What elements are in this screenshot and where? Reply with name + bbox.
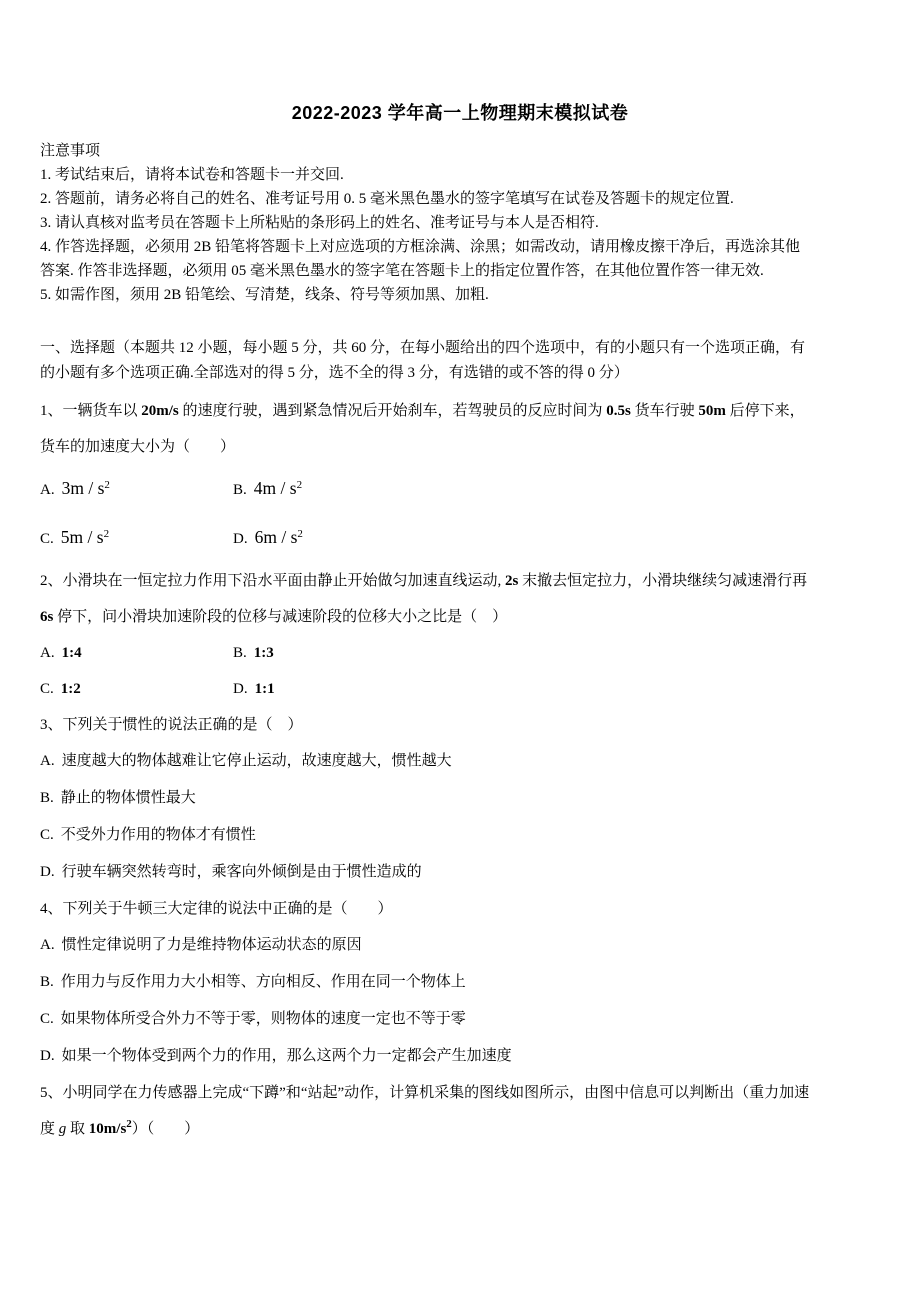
question-1-option-a: A.3m / s2 [40, 465, 233, 514]
question-1-option-c: C.5m / s2 [40, 514, 233, 563]
question-4-option-c: C.如果物体所受合外力不等于零，则物体的速度一定也不等于零 [40, 1001, 880, 1038]
question-3-option-b: B.静止的物体惯性最大 [40, 780, 880, 817]
question-2-options: A.1:4 B.1:3 C.1:2 D.1:1 [40, 635, 880, 707]
question-4: 4、下列关于牛顿三大定律的说法中正确的是（ ） A.惯性定律说明了力是维持物体运… [40, 891, 880, 1075]
option-text: 1:3 [254, 645, 274, 661]
exam-document-page: 2022-2023 学年高一上物理期末模拟试卷 注意事项 1. 考试结束后，请将… [0, 0, 920, 1302]
option-text: 如果一个物体受到两个力的作用，那么这两个力一定都会产生加速度 [62, 1048, 512, 1064]
option-text: 1:2 [61, 681, 81, 697]
question-3: 3、下列关于惯性的说法正确的是（ ） A.速度越大的物体越难让它停止运动，故速度… [40, 707, 880, 891]
option-text: 1:4 [62, 645, 82, 661]
notice-heading: 注意事项 [40, 139, 880, 163]
option-label: C. [40, 681, 54, 697]
option-text: 速度越大的物体越难让它停止运动，故速度越大，惯性越大 [62, 753, 452, 769]
question-2-option-d: D.1:1 [233, 671, 880, 707]
option-label: D. [233, 531, 248, 547]
option-label: B. [233, 645, 247, 661]
question-3-option-c: C.不受外力作用的物体才有惯性 [40, 817, 880, 854]
option-text: 1:1 [255, 681, 275, 697]
question-2-option-b: B.1:3 [233, 635, 880, 671]
option-label: A. [40, 753, 55, 769]
notice-line-6: 5. 如需作图，须用 2B 铅笔绘、写清楚，线条、符号等须加黑、加粗. [40, 283, 880, 307]
question-1-options: A.3m / s2 B.4m / s2 C.5m / s2 D.6m / s2 [40, 465, 880, 563]
question-4-option-d: D.如果一个物体受到两个力的作用，那么这两个力一定都会产生加速度 [40, 1038, 880, 1075]
option-label: C. [40, 531, 54, 547]
option-text: 如果物体所受合外力不等于零，则物体的速度一定也不等于零 [61, 1011, 466, 1027]
question-2-line-1: 2、小滑块在一恒定拉力作用下沿水平面由静止开始做匀加速直线运动, 2s 末撤去恒… [40, 563, 880, 599]
option-label: A. [40, 937, 55, 953]
notice-line-4: 4. 作答选择题，必须用 2B 铅笔将答题卡上对应选项的方框涂满、涂黑；如需改动… [40, 235, 880, 259]
question-1-option-b: B.4m / s2 [233, 465, 880, 514]
option-label: D. [40, 1048, 55, 1064]
option-text: 行驶车辆突然转弯时，乘客向外倾倒是由于惯性造成的 [62, 864, 422, 880]
notice-line-5: 答案. 作答非选择题，必须用 05 毫米黑色墨水的签字笔在答题卡上的指定位置作答… [40, 259, 880, 283]
question-1-line-2: 货车的加速度大小为（ ） [40, 429, 880, 465]
question-1: 1、一辆货车以 20m/s 的速度行驶，遇到紧急情况后开始刹车，若驾驶员的反应时… [40, 393, 880, 563]
option-label: A. [40, 482, 55, 498]
section-heading: 一、选择题（本题共 12 小题，每小题 5 分，共 60 分，在每小题给出的四个… [40, 336, 880, 386]
question-4-line-1: 4、下列关于牛顿三大定律的说法中正确的是（ ） [40, 891, 880, 927]
questions-list: 1、一辆货车以 20m/s 的速度行驶，遇到紧急情况后开始刹车，若驾驶员的反应时… [40, 393, 880, 1147]
notice-line-3: 3. 请认真核对监考员在答题卡上所粘贴的条形码上的姓名、准考证号与本人是否相符. [40, 211, 880, 235]
option-label: D. [40, 864, 55, 880]
question-1-line-1: 1、一辆货车以 20m/s 的速度行驶，遇到紧急情况后开始刹车，若驾驶员的反应时… [40, 393, 880, 429]
question-2: 2、小滑块在一恒定拉力作用下沿水平面由静止开始做匀加速直线运动, 2s 末撤去恒… [40, 563, 880, 707]
notice-line-1: 1. 考试结束后，请将本试卷和答题卡一并交回. [40, 163, 880, 187]
question-4-option-b: B.作用力与反作用力大小相等、方向相反、作用在同一个物体上 [40, 964, 880, 1001]
notice-line-2: 2. 答题前，请务必将自己的姓名、准考证号用 0. 5 毫米黑色墨水的签字笔填写… [40, 187, 880, 211]
notice-section: 注意事项 1. 考试结束后，请将本试卷和答题卡一并交回. 2. 答题前，请务必将… [40, 139, 880, 307]
question-5-line-2: 度 g 取 10m/s2）（ ） [40, 1111, 880, 1147]
option-text: 6m / s2 [255, 531, 303, 547]
question-5-line-1: 5、小明同学在力传感器上完成“下蹲”和“站起”动作，计算机采集的图线如图所示，由… [40, 1075, 880, 1111]
section-heading-line-2: 的小题有多个选项正确.全部选对的得 5 分，选不全的得 3 分，有选错的或不答的… [40, 361, 880, 386]
question-3-options: A.速度越大的物体越难让它停止运动，故速度越大，惯性越大 B.静止的物体惯性最大… [40, 743, 880, 891]
option-label: B. [233, 482, 247, 498]
option-text: 4m / s2 [254, 482, 302, 498]
question-2-line-2: 6s 停下，问小滑块加速阶段的位移与减速阶段的位移大小之比是（ ） [40, 599, 880, 635]
option-text: 5m / s2 [61, 531, 109, 547]
question-3-line-1: 3、下列关于惯性的说法正确的是（ ） [40, 707, 880, 743]
question-4-option-a: A.惯性定律说明了力是维持物体运动状态的原因 [40, 927, 880, 964]
option-label: C. [40, 827, 54, 843]
question-2-option-a: A.1:4 [40, 635, 233, 671]
question-2-option-c: C.1:2 [40, 671, 233, 707]
option-label: C. [40, 1011, 54, 1027]
question-1-option-d: D.6m / s2 [233, 514, 880, 563]
option-label: D. [233, 681, 248, 697]
option-text: 不受外力作用的物体才有惯性 [61, 827, 256, 843]
section-heading-line-1: 一、选择题（本题共 12 小题，每小题 5 分，共 60 分，在每小题给出的四个… [40, 336, 880, 361]
option-label: A. [40, 645, 55, 661]
question-4-options: A.惯性定律说明了力是维持物体运动状态的原因 B.作用力与反作用力大小相等、方向… [40, 927, 880, 1075]
question-3-option-a: A.速度越大的物体越难让它停止运动，故速度越大，惯性越大 [40, 743, 880, 780]
option-text: 惯性定律说明了力是维持物体运动状态的原因 [62, 937, 362, 953]
page-title: 2022-2023 学年高一上物理期末模拟试卷 [40, 100, 880, 126]
question-3-option-d: D.行驶车辆突然转弯时，乘客向外倾倒是由于惯性造成的 [40, 854, 880, 891]
option-label: B. [40, 974, 54, 990]
option-text: 3m / s2 [62, 482, 110, 498]
question-5: 5、小明同学在力传感器上完成“下蹲”和“站起”动作，计算机采集的图线如图所示，由… [40, 1075, 880, 1147]
option-label: B. [40, 790, 54, 806]
option-text: 作用力与反作用力大小相等、方向相反、作用在同一个物体上 [61, 974, 466, 990]
option-text: 静止的物体惯性最大 [61, 790, 196, 806]
